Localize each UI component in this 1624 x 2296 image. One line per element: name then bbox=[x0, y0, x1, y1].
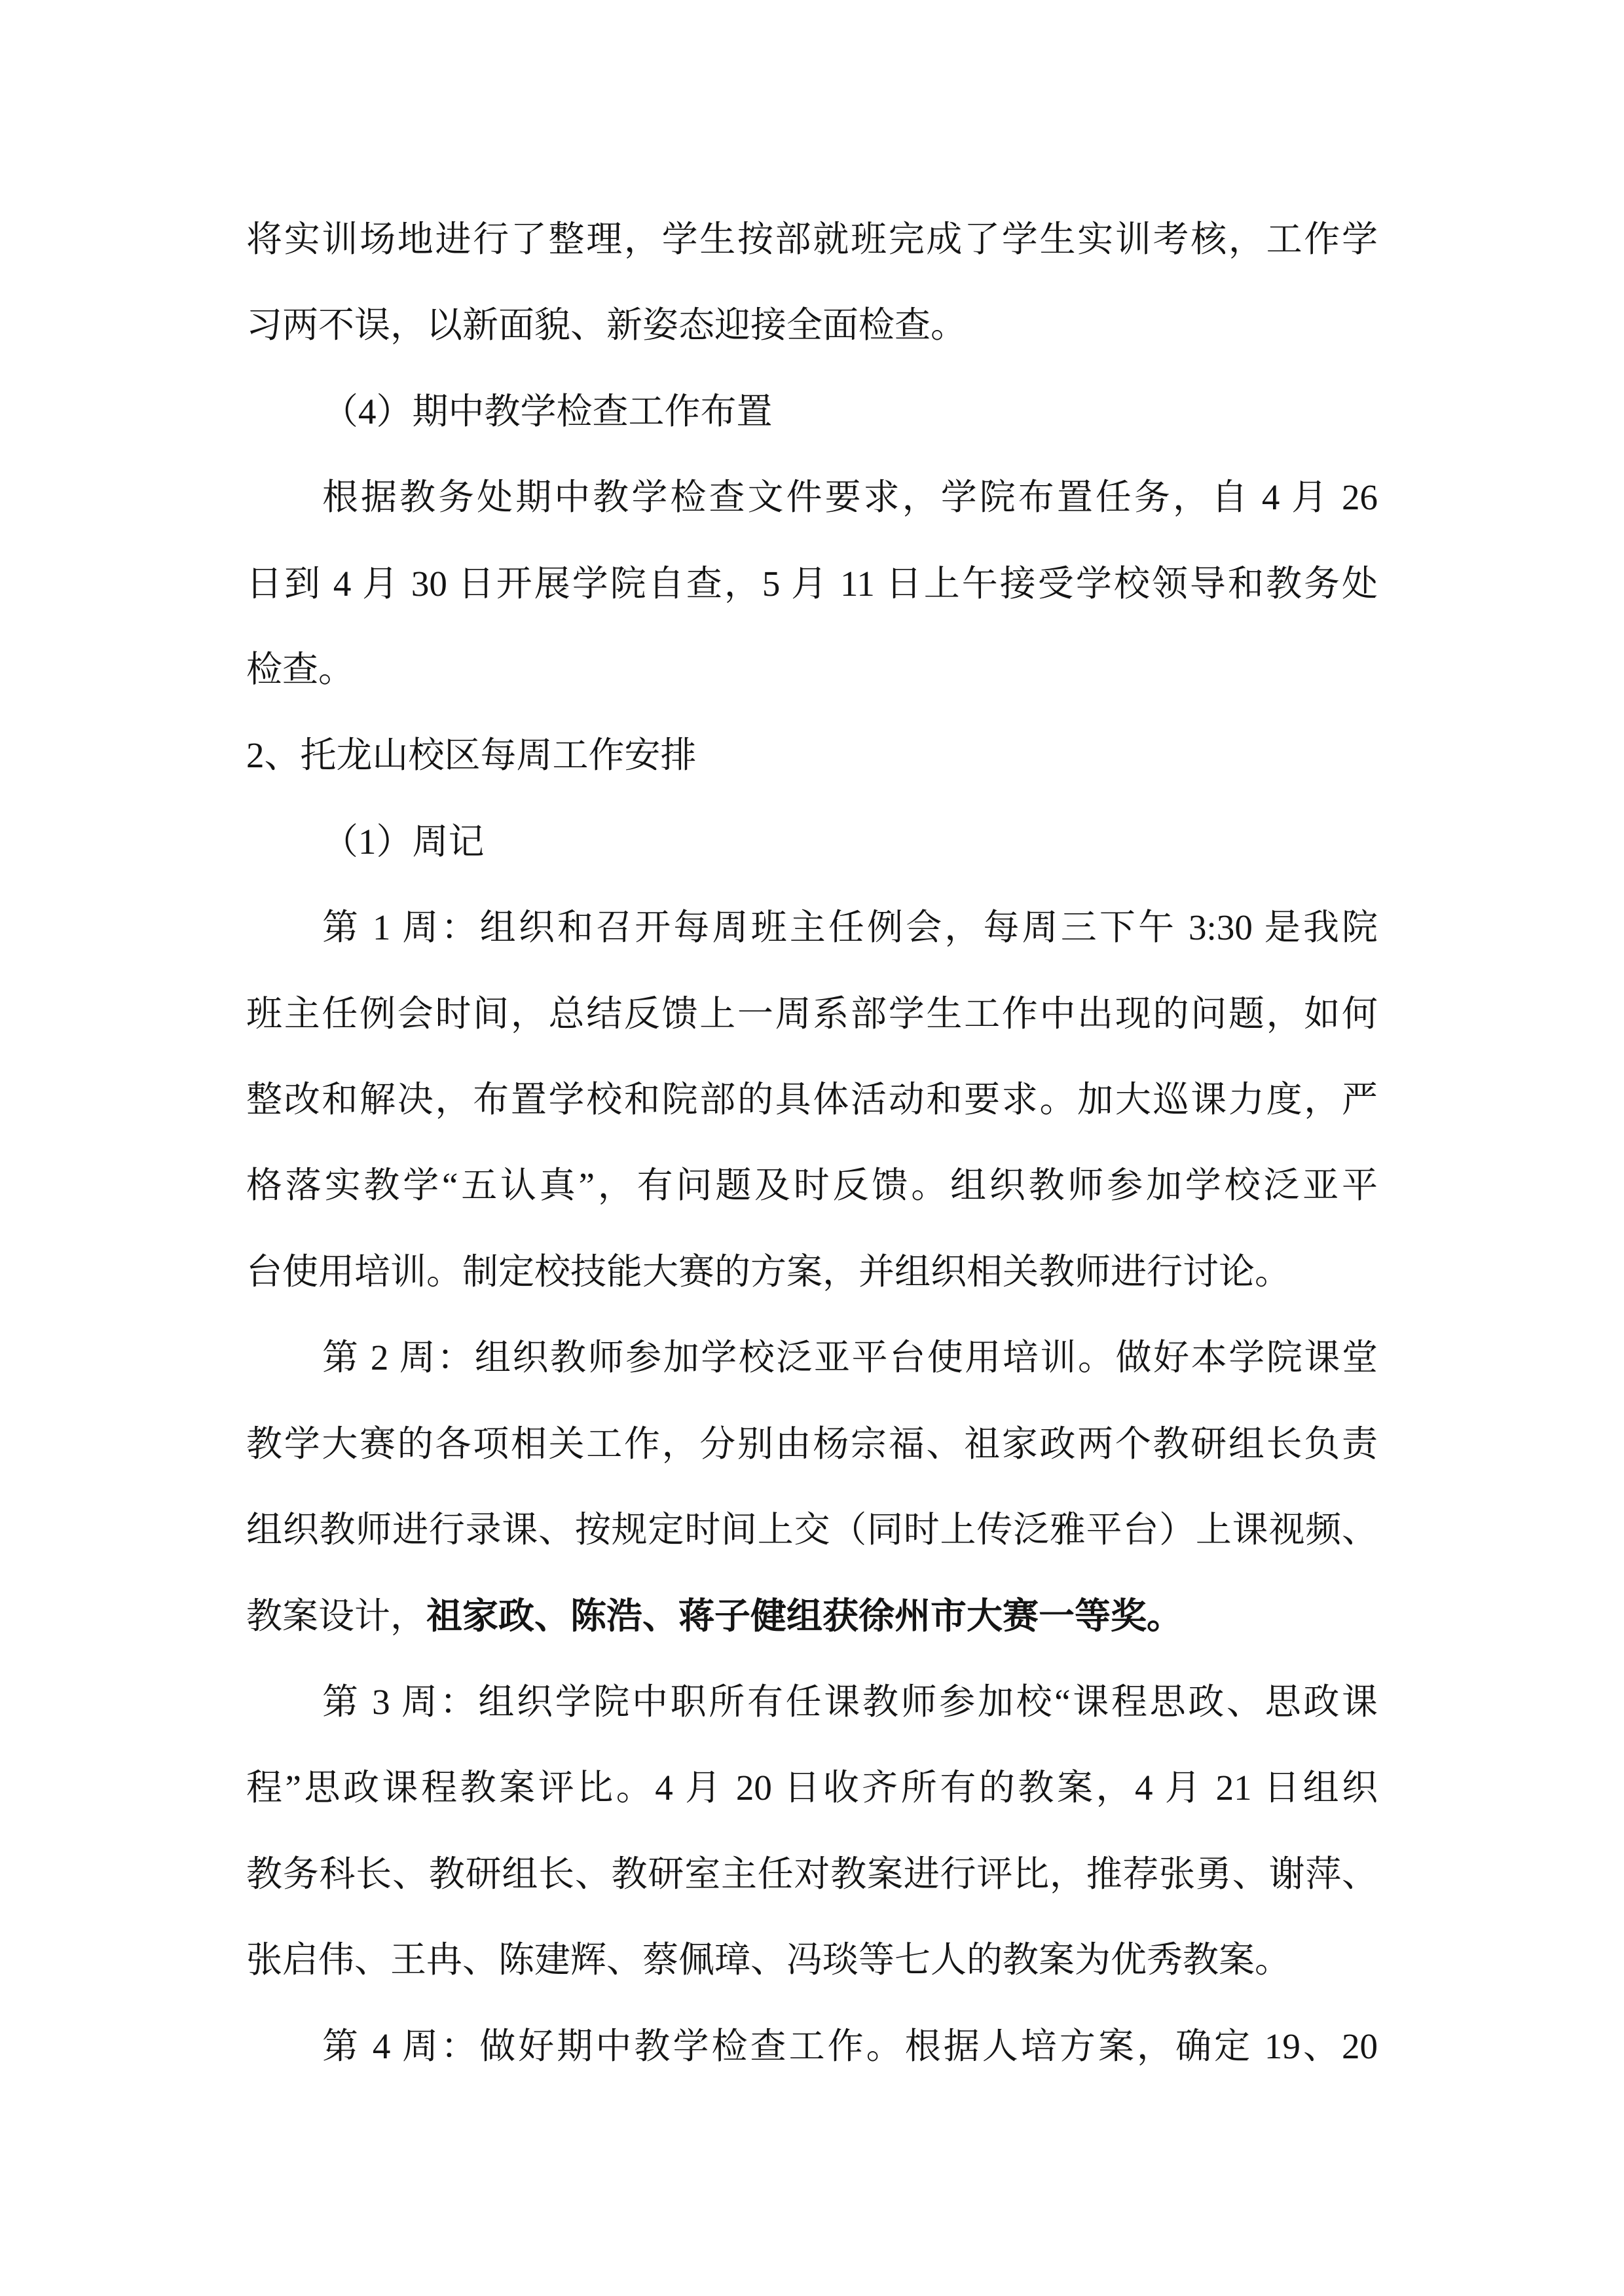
text-line: 班主任例会时间，总结反馈上一周系部学生工作中出现的问题，如何 bbox=[246, 971, 1378, 1057]
text-run: 组织教师进行录课、按规定时间上交（同时上传泛雅平台）上课视频、 bbox=[246, 1510, 1378, 1550]
heading-line: 2、托龙山校区每周工作安排 bbox=[246, 712, 1378, 798]
text-line: 程”思政课程教案评比。4 月 20 日收齐所有的教案，4 月 21 日组织 bbox=[246, 1745, 1378, 1831]
text-run: 第 2 周：组织教师参加学校泛亚平台使用培训。做好本学院课堂 bbox=[322, 1338, 1378, 1377]
text-run: 第 3 周：组织学院中职所有任课教师参加校“课程思政、思政课 bbox=[322, 1682, 1378, 1722]
text-line: （4）期中教学检查工作布置 bbox=[246, 369, 1378, 454]
text-run: 程”思政课程教案评比。4 月 20 日收齐所有的教案，4 月 21 日组织 bbox=[246, 1768, 1378, 1808]
text-run: 根据教务处期中教学检查文件要求，学院布置任务，自 4 月 26 bbox=[322, 477, 1378, 517]
text-run: 教学大赛的各项相关工作，分别由杨宗福、祖家政两个教研组长负责 bbox=[246, 1424, 1378, 1464]
text-line: 教务科长、教研组长、教研室主任对教案进行评比，推荐张勇、谢萍、 bbox=[246, 1831, 1378, 1917]
text-line: 习两不误，以新面貌、新姿态迎接全面检查。 bbox=[246, 282, 1378, 368]
text-run: 检查。 bbox=[246, 649, 354, 689]
text-line: 教案设计，祖家政、陈浩、蒋子健组获徐州市大赛一等奖。 bbox=[246, 1573, 1378, 1659]
text-line: 整改和解决，布置学校和院部的具体活动和要求。加大巡课力度，严 bbox=[246, 1057, 1378, 1142]
text-line: （1）周记 bbox=[246, 799, 1378, 884]
text-run: （4）期中教学检查工作布置 bbox=[322, 392, 773, 431]
text-run: 教务科长、教研组长、教研室主任对教案进行评比，推荐张勇、谢萍、 bbox=[246, 1854, 1378, 1894]
text-line: 第 1 周：组织和召开每周班主任例会，每周三下午 3:30 是我院 bbox=[246, 884, 1378, 970]
text-run: 台使用培训。制定校技能大赛的方案，并组织相关教师进行讨论。 bbox=[246, 1252, 1291, 1292]
document-page: 将实训场地进行了整理，学生按部就班完成了学生实训考核，工作学习两不误，以新面貌、… bbox=[0, 0, 1624, 2296]
text-line: 第 4 周：做好期中教学检查工作。根据人培方案，确定 19、20 bbox=[246, 2003, 1378, 2089]
text-run: 2、托龙山校区每周工作安排 bbox=[246, 735, 697, 775]
text-line: 第 2 周：组织教师参加学校泛亚平台使用培训。做好本学院课堂 bbox=[246, 1315, 1378, 1400]
text-line: 教学大赛的各项相关工作，分别由杨宗福、祖家政两个教研组长负责 bbox=[246, 1401, 1378, 1487]
text-run: 整改和解决，布置学校和院部的具体活动和要求。加大巡课力度，严 bbox=[246, 1080, 1378, 1120]
text-line: 张启伟、王冉、陈建辉、蔡佩璋、冯琰等七人的教案为优秀教案。 bbox=[246, 1917, 1378, 2003]
text-run: 第 4 周：做好期中教学检查工作。根据人培方案，确定 19、20 bbox=[322, 2026, 1378, 2066]
text-line: 日到 4 月 30 日开展学院自查，5 月 11 日上午接受学校领导和教务处 bbox=[246, 541, 1378, 627]
text-run: 习两不误，以新面貌、新姿态迎接全面检查。 bbox=[246, 305, 967, 345]
text-run: 将实训场地进行了整理，学生按部就班完成了学生实训考核，工作学 bbox=[246, 219, 1378, 259]
text-line: 组织教师进行录课、按规定时间上交（同时上传泛雅平台）上课视频、 bbox=[246, 1487, 1378, 1573]
text-line: 根据教务处期中教学检查文件要求，学院布置任务，自 4 月 26 bbox=[246, 454, 1378, 540]
text-line: 检查。 bbox=[246, 627, 1378, 712]
text-line: 格落实教学“五认真”，有问题及时反馈。组织教师参加学校泛亚平 bbox=[246, 1142, 1378, 1228]
text-run: 第 1 周：组织和召开每周班主任例会，每周三下午 3:30 是我院 bbox=[322, 907, 1378, 947]
text-run: 格落实教学“五认真”，有问题及时反馈。组织教师参加学校泛亚平 bbox=[246, 1165, 1378, 1205]
text-run: 日到 4 月 30 日开展学院自查，5 月 11 日上午接受学校领导和教务处 bbox=[246, 564, 1378, 604]
text-line: 第 3 周：组织学院中职所有任课教师参加校“课程思政、思政课 bbox=[246, 1659, 1378, 1745]
text-run: 张启伟、王冉、陈建辉、蔡佩璋、冯琰等七人的教案为优秀教案。 bbox=[246, 1940, 1291, 1980]
text-run: （1）周记 bbox=[322, 822, 485, 862]
text-line: 台使用培训。制定校技能大赛的方案，并组织相关教师进行讨论。 bbox=[246, 1229, 1378, 1315]
text-run: 教案设计， bbox=[246, 1596, 426, 1636]
bold-text-run: 祖家政、陈浩、蒋子健组获徐州市大赛一等奖。 bbox=[426, 1596, 1183, 1636]
text-line: 将实训场地进行了整理，学生按部就班完成了学生实训考核，工作学 bbox=[246, 196, 1378, 282]
document-text-block: 将实训场地进行了整理，学生按部就班完成了学生实训考核，工作学习两不误，以新面貌、… bbox=[246, 196, 1378, 2089]
text-run: 班主任例会时间，总结反馈上一周系部学生工作中出现的问题，如何 bbox=[246, 994, 1378, 1034]
